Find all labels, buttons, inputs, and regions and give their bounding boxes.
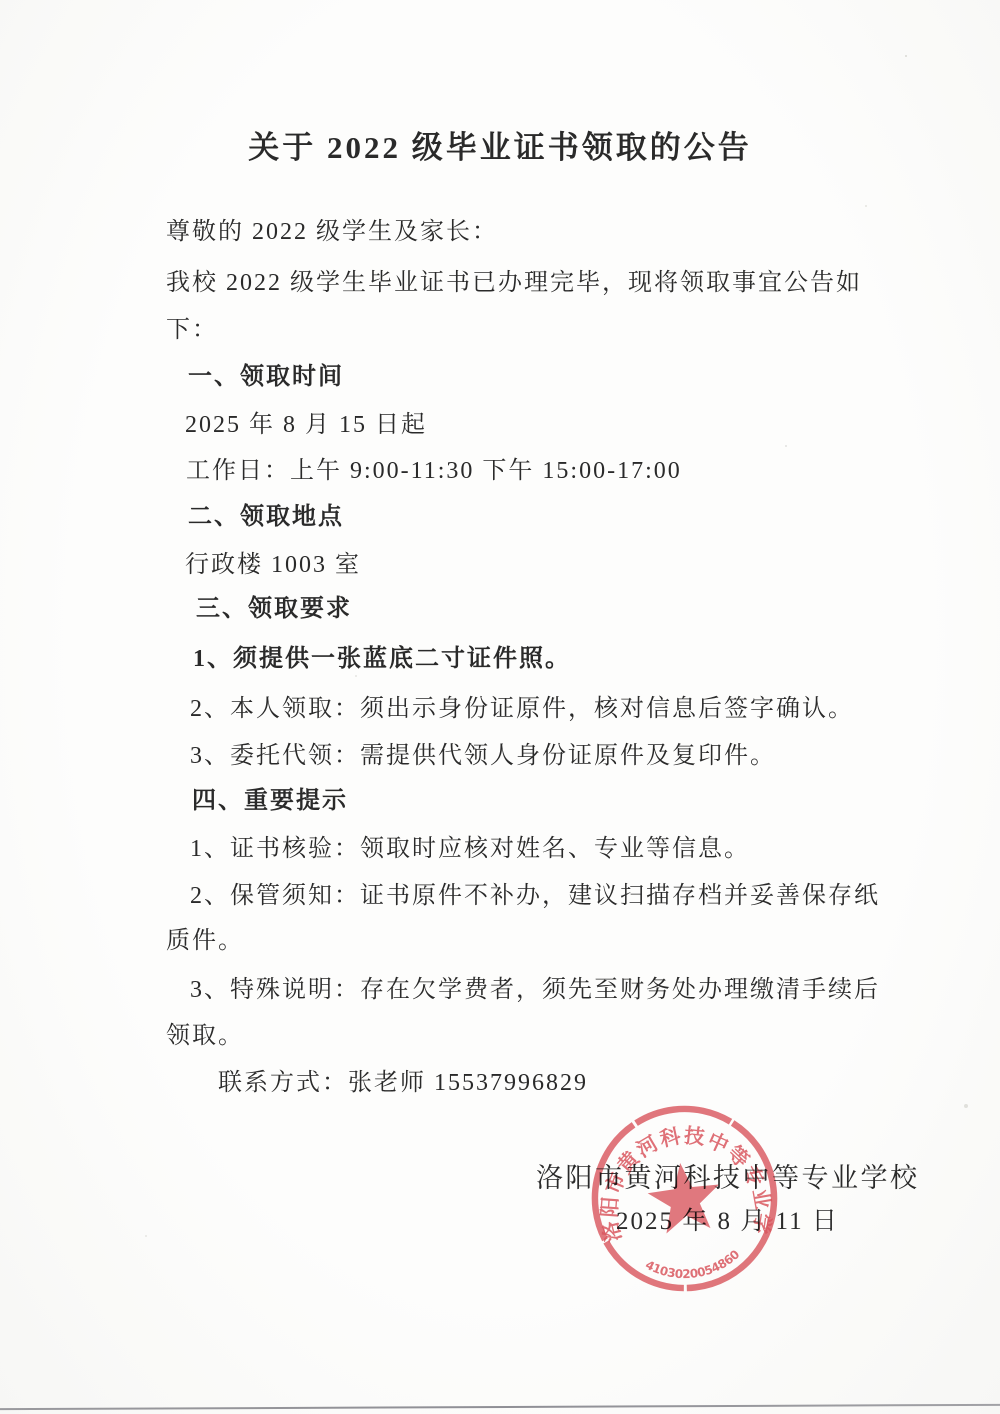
requirement-3-line: 3、委托代领：需提供代领人身份证原件及复印件。 <box>190 732 776 780</box>
scan-noise-specks <box>905 55 907 57</box>
notice-3-continued-line: 领取。 <box>166 1012 244 1060</box>
contact-line: 联系方式：张老师 15537996829 <box>218 1059 588 1107</box>
svg-text:洛阳市黄河科技中等专业学校: 洛阳市黄河科技中等专业学校 <box>574 1088 778 1260</box>
pickup-hours-line: 工作日：上午 9:00-11:30 下午 15:00-17:00 <box>186 447 682 495</box>
pickup-date-line: 2025 年 8 月 15 日起 <box>185 401 427 449</box>
page-title: 关于 2022 级毕业证书领取的公告 <box>0 120 1000 168</box>
intro-line-2: 下： <box>166 306 218 354</box>
section-3-heading: 三、领取要求 <box>196 585 352 633</box>
pickup-location-line: 行政楼 1003 室 <box>185 541 361 589</box>
seal-arc-text: 洛阳市黄河科技中等专业学校 <box>574 1088 778 1260</box>
section-2-heading: 二、领取地点 <box>188 493 344 541</box>
intro-line-1: 我校 2022 级学生毕业证书已办理完毕，现将领取事宜公告如 <box>166 259 862 307</box>
section-1-heading: 一、领取时间 <box>188 353 344 401</box>
section-4-heading: 四、重要提示 <box>192 777 348 825</box>
notice-3-line: 3、特殊说明：存在欠学费者，须先至财务处办理缴清手续后 <box>190 966 880 1014</box>
seal-star-icon <box>644 1159 724 1236</box>
requirement-1-line: 1、须提供一张蓝底二寸证件照。 <box>193 635 571 683</box>
scanned-announcement-page: 关于 2022 级毕业证书领取的公告 尊敬的 2022 级学生及家长： 我校 2… <box>0 0 1000 1414</box>
notice-2-line: 2、保管须知：证书原件不补办，建议扫描存档并妥善保存纸 <box>190 872 880 920</box>
notice-2-continued-line: 质件。 <box>166 917 244 965</box>
requirement-2-line: 2、本人领取：须出示身份证原件，核对信息后签字确认。 <box>190 685 854 733</box>
paper-bottom-edge <box>0 1404 1000 1410</box>
salutation-line: 尊敬的 2022 级学生及家长： <box>166 208 498 256</box>
notice-1-line: 1、证书核验：领取时应核对姓名、专业等信息。 <box>190 825 750 873</box>
official-seal: 洛阳市黄河科技中等专业学校 4103020054860 <box>574 1088 796 1310</box>
